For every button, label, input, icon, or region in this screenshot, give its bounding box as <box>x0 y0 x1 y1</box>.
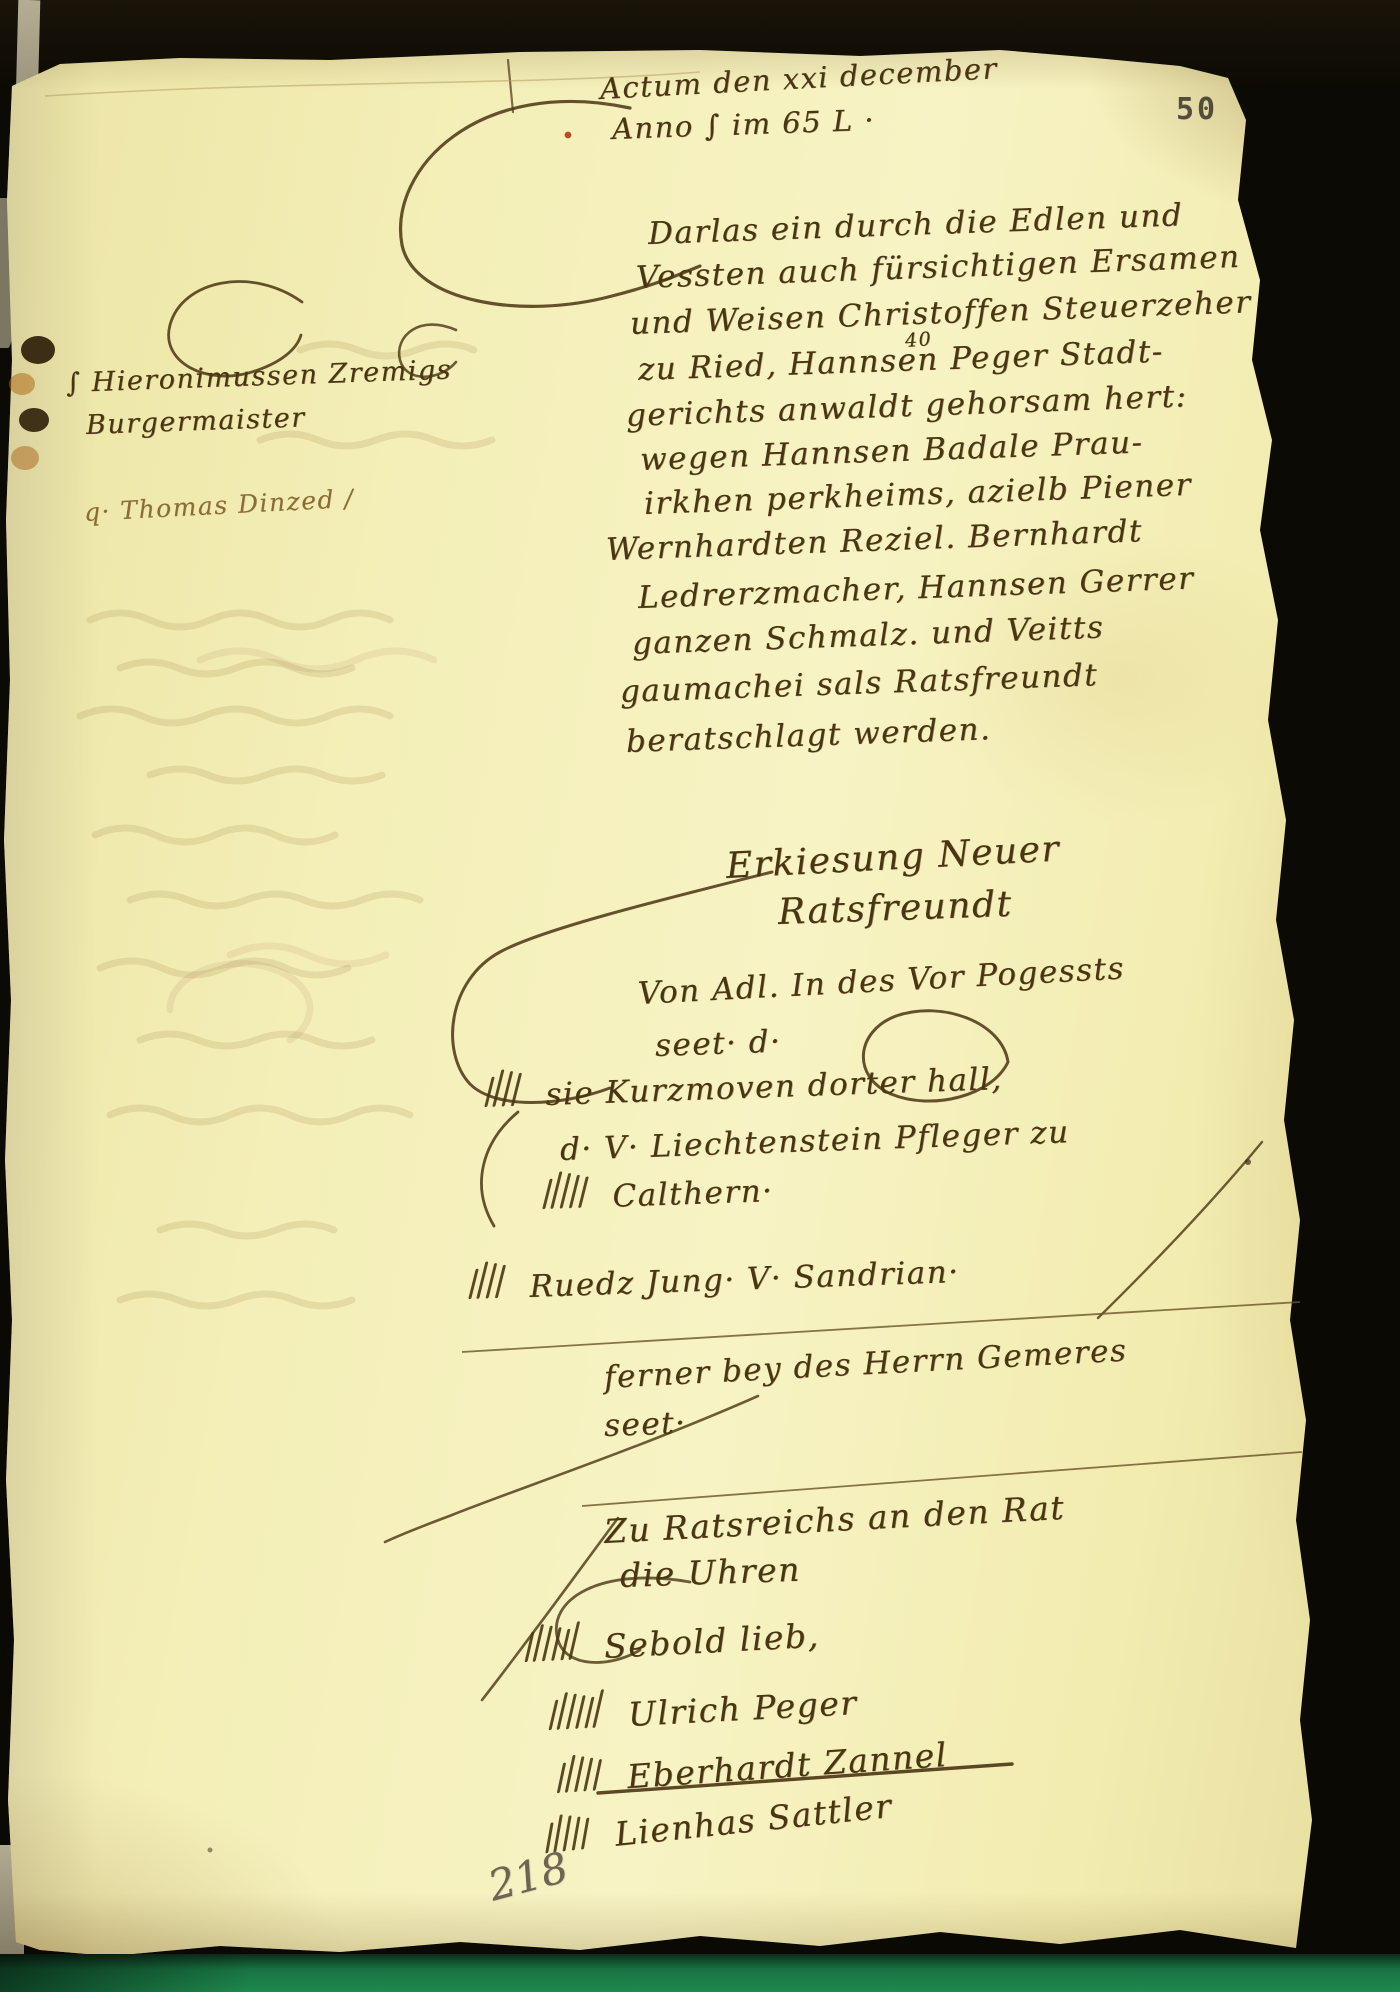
section-heading-line2: Ratsfreundt <box>777 884 1013 933</box>
vote1-intro-line2: seet· d· <box>654 1024 782 1064</box>
interlinear-mark: 40 <box>904 328 933 352</box>
vote2-line2: seet· <box>603 1405 687 1444</box>
tally-marks <box>551 1689 607 1730</box>
manuscript-photo: 50 Actum den xxi december Anno ∫ im 65 L… <box>0 0 1400 1992</box>
tally-marks <box>527 1621 583 1662</box>
vote1-row: Calthern· <box>545 1164 774 1217</box>
table-surface-edge <box>0 1954 1400 1992</box>
tally-marks <box>545 1170 591 1209</box>
vote1-row-text: Calthern· <box>612 1173 774 1215</box>
vote3-heading2: die Uhren <box>619 1550 801 1595</box>
tally-marks <box>558 1753 605 1793</box>
tally-marks <box>487 1069 524 1107</box>
tally-marks <box>471 1261 508 1299</box>
folio-number-stamp: 50 <box>1176 92 1218 127</box>
